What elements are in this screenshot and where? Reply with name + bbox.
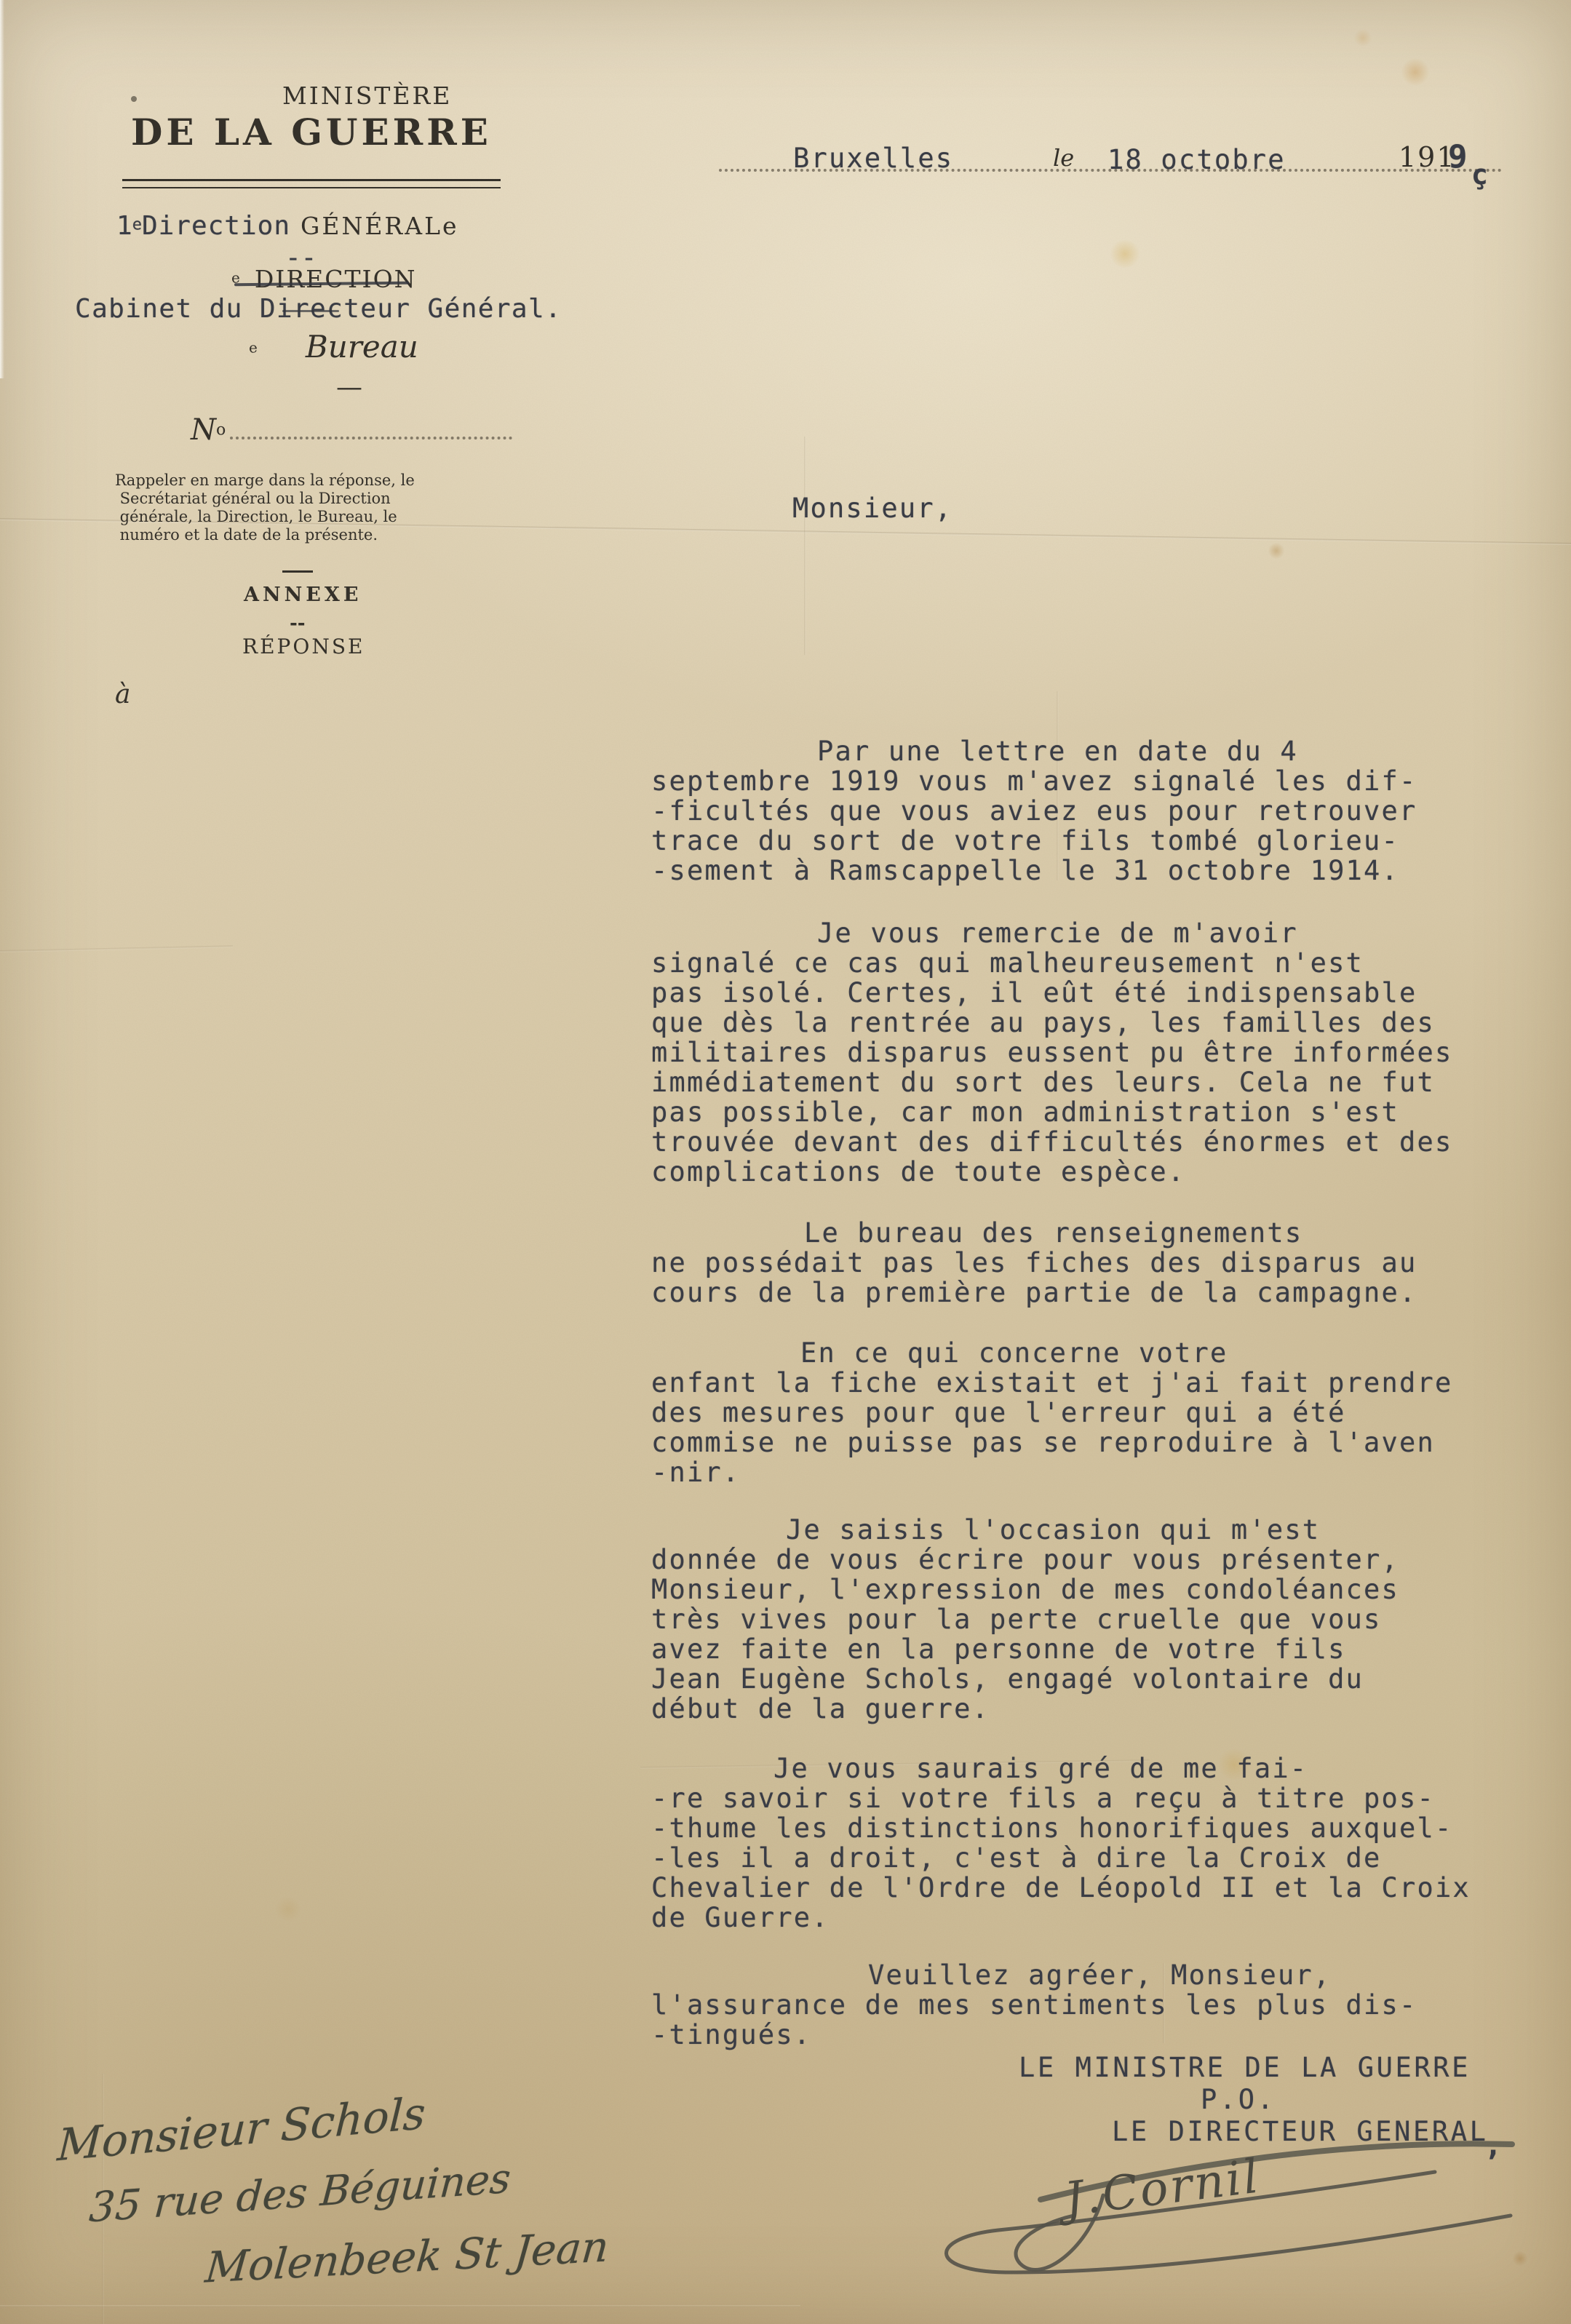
- letterhead-direction-line: 1eDirectionGÉNÉRALe: [116, 211, 459, 241]
- dateline-city: Bruxelles: [793, 143, 953, 174]
- struck-direction-word: DIRECTION: [255, 265, 417, 293]
- bureau-sup: e: [249, 339, 258, 357]
- bureau-word: Bureau: [306, 329, 418, 365]
- direction-typed: Direction: [142, 211, 290, 241]
- paragraph-5: Je saisis l'occasion qui m'est donnée de…: [651, 1515, 1546, 1724]
- dateline-day-month: 18 octobre: [1107, 144, 1286, 175]
- address-line-city: Molenbeek St Jean: [203, 2221, 610, 2292]
- letterhead-ministry-small: MINISTÈRE: [282, 81, 452, 110]
- stain: [274, 1898, 303, 1921]
- letterhead-ministry-large: DE LA GUERRE: [131, 111, 492, 154]
- paragraph-3: Le bureau des renseignements ne possédai…: [651, 1218, 1546, 1308]
- direction-number-sup: e: [132, 216, 142, 234]
- cabinet-pre: Cabinet du: [75, 294, 260, 324]
- dateline-year-typed: 9: [1448, 138, 1468, 175]
- fold-crease: [804, 437, 806, 655]
- stain: [1353, 29, 1372, 47]
- paragraph-1: Par une lettre en date du 4 septembre 19…: [651, 736, 1546, 886]
- fold-crease: [0, 945, 233, 952]
- bureau-line: e Bureau: [249, 329, 418, 365]
- letterhead-double-rule: [122, 179, 501, 188]
- signoff-minister: LE MINISTRE DE LA GUERRE: [1019, 2052, 1471, 2083]
- stain: [131, 96, 137, 102]
- signature-name: J.Cornil: [1054, 2149, 1263, 2228]
- to-label: à: [115, 680, 130, 709]
- letter-page: MINISTÈRE DE LA GUERRE 1eDirectionGÉNÉRA…: [0, 0, 1571, 2324]
- bureau-dash: —: [336, 373, 362, 402]
- cabinet-rest: recteur Général.: [293, 294, 562, 324]
- numero-n: N: [191, 413, 216, 447]
- handwritten-signature: J.Cornil: [917, 2114, 1543, 2310]
- reponse-label: RÉPONSE: [242, 634, 365, 658]
- address-line-street: 35 rue des Béguines: [87, 2155, 512, 2232]
- numero-label: No: [191, 413, 226, 447]
- address-line-name: Monsieur Schols: [56, 2088, 426, 2172]
- stain: [1268, 543, 1285, 559]
- annexe-label: ANNEXE: [244, 584, 362, 606]
- stain: [1109, 240, 1141, 268]
- dateline-year-printed: 191: [1399, 141, 1456, 173]
- signoff-po: P.O.: [1201, 2084, 1276, 2115]
- dateline-year-overtype: ç: [1471, 159, 1488, 191]
- direction-printed: GÉNÉRALe: [301, 212, 459, 240]
- separator-rule: [282, 570, 313, 573]
- numero-dotted-line: [230, 437, 512, 439]
- closing-paragraph: Veuillez agréer, Monsieur, l'assurance d…: [651, 1960, 1546, 2050]
- cabinet-struck: Di: [260, 294, 293, 324]
- paragraph-2: Je vous remercie de m'avoir signalé ce c…: [651, 918, 1546, 1187]
- struck-direction-line: e DIRECTION: [231, 265, 417, 293]
- numero-o: o: [216, 421, 226, 439]
- annexe-dashes: --: [290, 613, 306, 634]
- direction-number: 1: [116, 211, 132, 241]
- salutation: Monsieur,: [792, 493, 1571, 523]
- strikethrough-line: [282, 310, 339, 312]
- stain: [1401, 58, 1430, 86]
- paragraph-4: En ce qui concerne votre enfant la fiche…: [651, 1338, 1546, 1487]
- margin-note: Rappeler en marge dans la réponse, le Se…: [115, 471, 415, 544]
- dateline-le: le: [1053, 144, 1074, 172]
- paragraph-6: Je vous saurais gré de me fai- -re savoi…: [651, 1754, 1546, 1933]
- cabinet-line: Cabinet du Directeur Général.: [75, 294, 562, 324]
- fold-crease: [0, 2305, 800, 2307]
